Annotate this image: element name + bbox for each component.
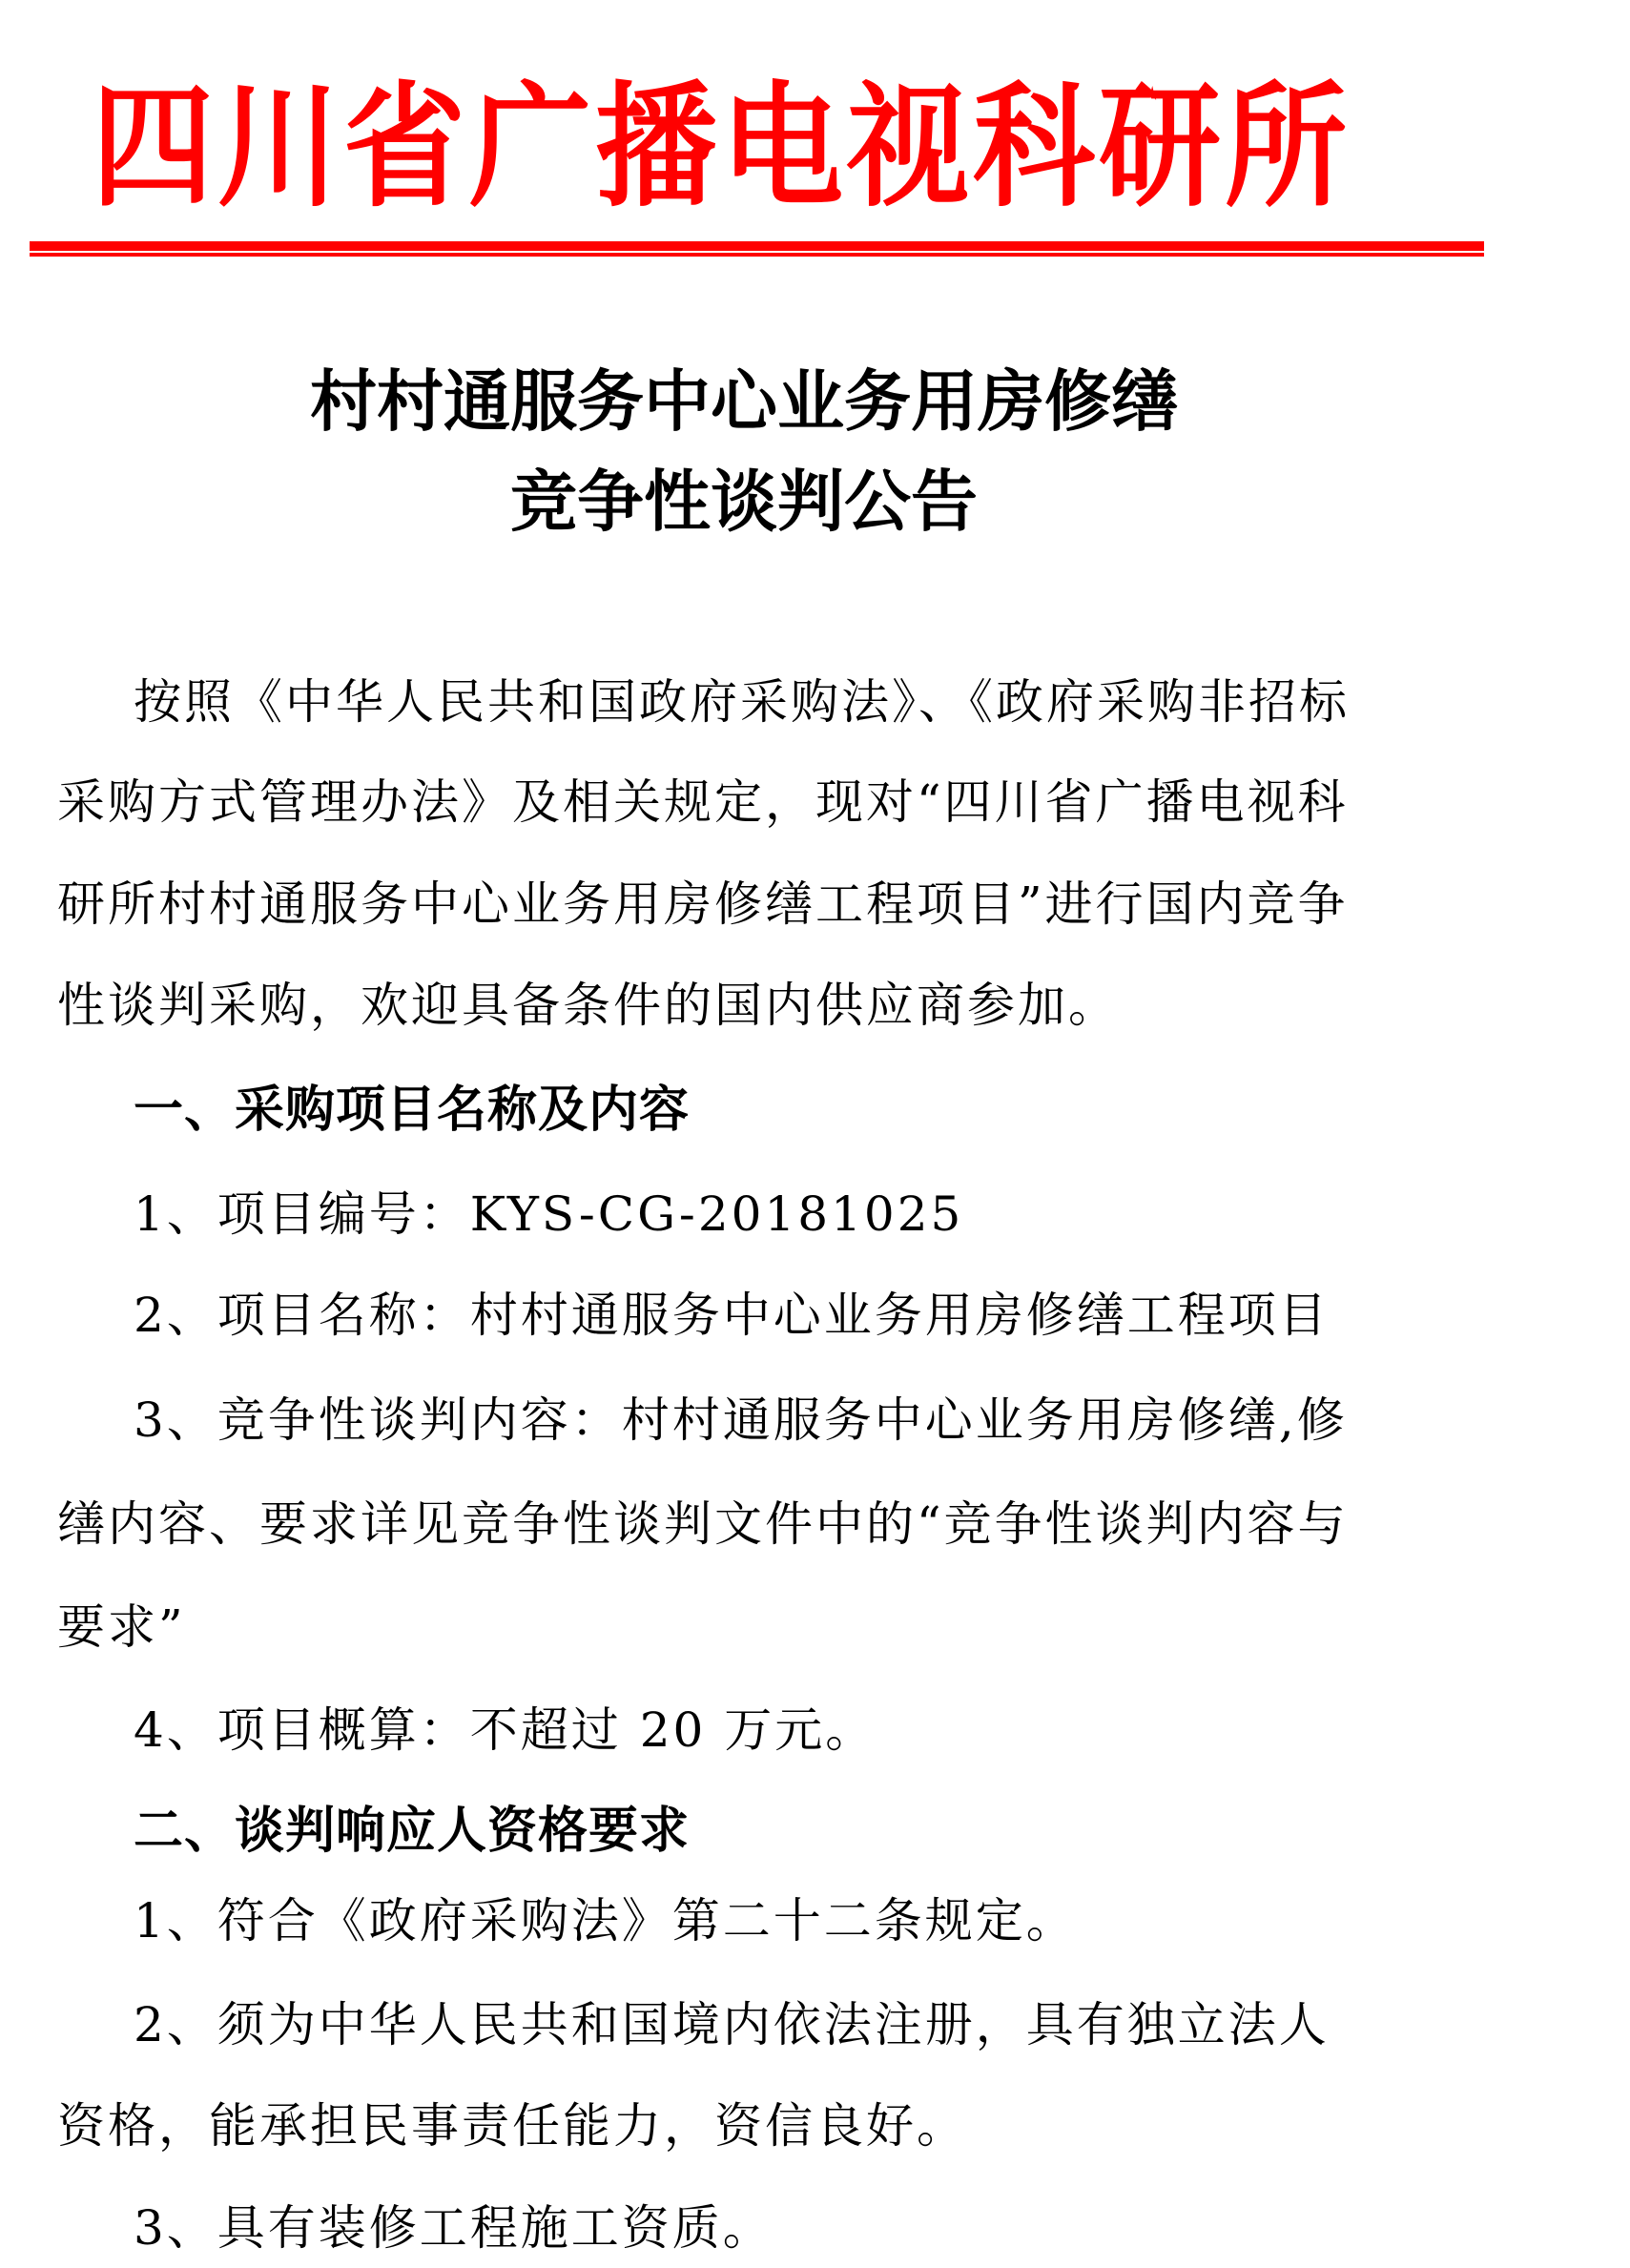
intro-line-2: 采购方式管理办法》及相关规定，现对“四川省广播电视科 (57, 773, 1349, 831)
section-1-heading: 一、采购项目名称及内容 (134, 1082, 690, 1139)
letterhead-rule-thin (30, 253, 1484, 257)
section-1-item-3-cont: 缮内容、要求详见竞争性谈判文件中的“竞争性谈判内容与 (57, 1495, 1349, 1553)
section-2-item-2: 2、须为中华人民共和国境内依法注册，具有独立法人 (134, 1996, 1330, 2053)
letterhead-rule-thick (30, 241, 1484, 251)
section-2-item-2-cont: 资格，能承担民事责任能力，资信良好。 (57, 2097, 967, 2155)
document-title-line-1: 村村通服务中心业务用房修缮 (0, 348, 1488, 444)
section-1-item-3: 3、竞争性谈判内容：村村通服务中心业务用房修缮,修 (134, 1392, 1348, 1449)
section-1-item-1: 1、项目编号：KYS-CG-20181025 (134, 1186, 963, 1243)
section-1-item-3-cont-2: 要求” (57, 1598, 186, 1656)
document-title-line-2: 竞争性谈判公告 (0, 448, 1488, 545)
intro-line-4: 性谈判采购，欢迎具备条件的国内供应商参加。 (57, 977, 1119, 1034)
section-2-heading: 二、谈判响应人资格要求 (134, 1803, 690, 1860)
section-1-item-2: 2、项目名称：村村通服务中心业务用房修缮工程项目 (134, 1287, 1330, 1344)
letterhead-org-name: 四川省广播电视科研所 (92, 59, 1417, 237)
section-2-item-1: 1、符合《政府采购法》第二十二条规定。 (134, 1892, 1077, 1949)
intro-line-3: 研所村村通服务中心业务用房修缮工程项目”进行国内竞争 (57, 876, 1349, 933)
section-2-item-3: 3、具有装修工程施工资质。 (134, 2199, 774, 2257)
section-1-item-4: 4、项目概算：不超过 20 万元。 (134, 1701, 876, 1759)
intro-line-1: 按照《中华人民共和国政府采购法》、《政府采购非招标 (134, 673, 1350, 731)
